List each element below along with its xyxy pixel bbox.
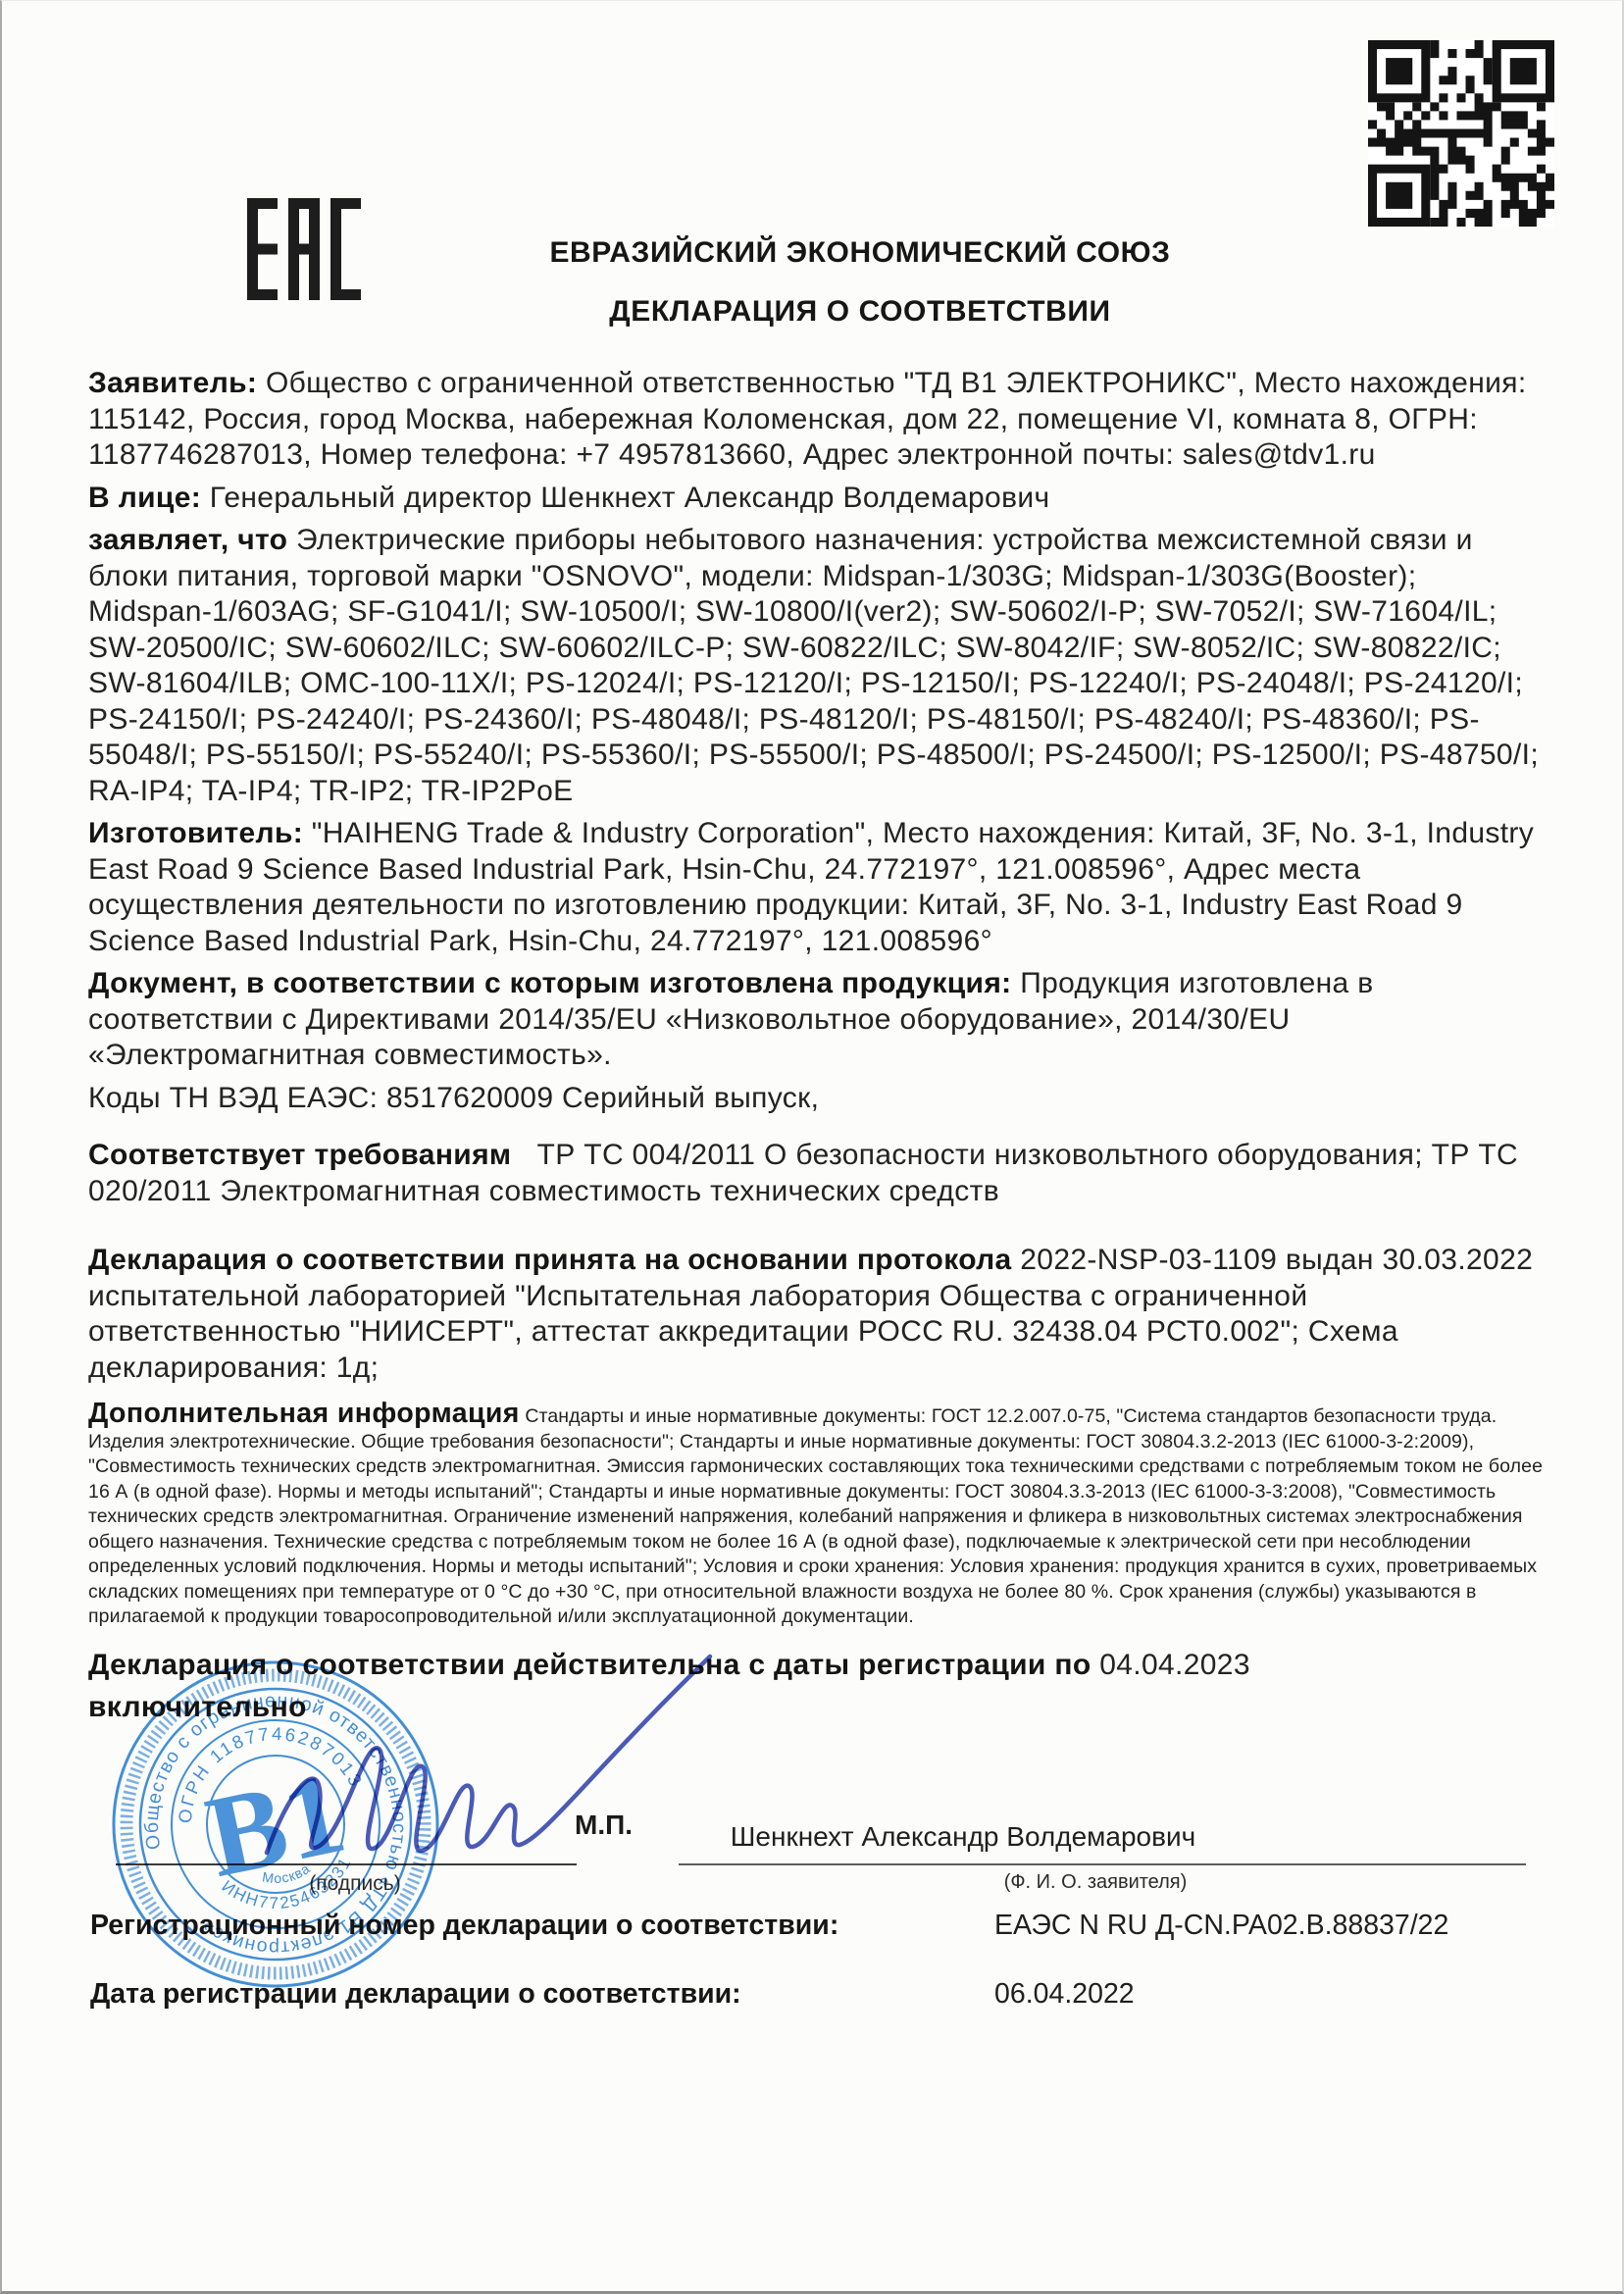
qr-code-icon — [1368, 40, 1554, 227]
validity-date: 04.04.2023 — [1099, 1649, 1250, 1681]
basis-paragraph: Декларация о соответствии принята на осн… — [88, 1243, 1546, 1386]
in-person-paragraph: В лице: Генеральный директор Шенкнехт Ал… — [88, 481, 1546, 517]
manufacturer-paragraph: Изготовитель: "HAIHENG Trade & Industry … — [88, 816, 1546, 959]
eac-logo-icon — [247, 197, 361, 301]
name-line — [679, 1863, 1526, 1865]
declares-label: заявляет, что — [88, 524, 287, 556]
manufacturer-label: Изготовитель: — [88, 817, 303, 849]
signatory-name: Шенкнехт Александр Волдемарович — [688, 1821, 1238, 1853]
manufacturer-text: "HAIHENG Trade & Industry Corporation", … — [88, 817, 1534, 957]
tnved-line: Коды ТН ВЭД ЕАЭС: 8517620009 Серийный вы… — [88, 1081, 1546, 1117]
complies-paragraph: Соответствует требованиям ТР ТС 004/2011… — [88, 1138, 1546, 1209]
additional-info-text: Стандарты и иные нормативные документы: … — [88, 1405, 1543, 1627]
registration-date-value: 06.04.2022 — [994, 1978, 1135, 2011]
product-document-label: Документ, в соответствии с которым изгот… — [88, 967, 1012, 999]
applicant-paragraph: Заявитель: Общество с ограниченной ответ… — [88, 366, 1546, 474]
name-caption: (Ф. И. О. заявителя) — [941, 1871, 1249, 1894]
declares-paragraph: заявляет, что Электрические приборы небы… — [88, 523, 1546, 809]
in-person-label: В лице: — [88, 482, 201, 514]
product-models-text: Электрические приборы небытового назначе… — [88, 524, 1539, 807]
registration-number-value: ЕАЭС N RU Д-CN.РА02.В.88837/22 — [994, 1910, 1448, 1942]
document-header: ЕВРАЗИЙСКИЙ ЭКОНОМИЧЕСКИЙ СОЮЗ ДЕКЛАРАЦИ… — [375, 236, 1345, 329]
additional-info-label: Дополнительная информация — [88, 1398, 520, 1429]
document-body: Заявитель: Общество с ограниченной ответ… — [88, 366, 1546, 1733]
applicant-label: Заявитель: — [88, 367, 257, 399]
basis-label: Декларация о соответствии принята на осн… — [88, 1244, 1012, 1276]
union-title: ЕВРАЗИЙСКИЙ ЭКОНОМИЧЕСКИЙ СОЮЗ — [375, 236, 1345, 270]
product-document-paragraph: Документ, в соответствии с которым изгот… — [88, 966, 1546, 1074]
applicant-text: Общество с ограниченной ответственностью… — [88, 367, 1527, 471]
document-title: ДЕКЛАРАЦИЯ О СООТВЕТСТВИИ — [375, 295, 1345, 329]
declaration-document: ЕВРАЗИЙСКИЙ ЭКОНОМИЧЕСКИЙ СОЮЗ ДЕКЛАРАЦИ… — [0, 0, 1624, 2294]
in-person-text: Генеральный директор Шенкнехт Александр … — [210, 482, 1050, 514]
additional-info-paragraph: Дополнительная информация Стандарты и ин… — [88, 1400, 1546, 1630]
signature-icon — [249, 1645, 714, 1882]
complies-label: Соответствует требованиям — [88, 1139, 511, 1171]
